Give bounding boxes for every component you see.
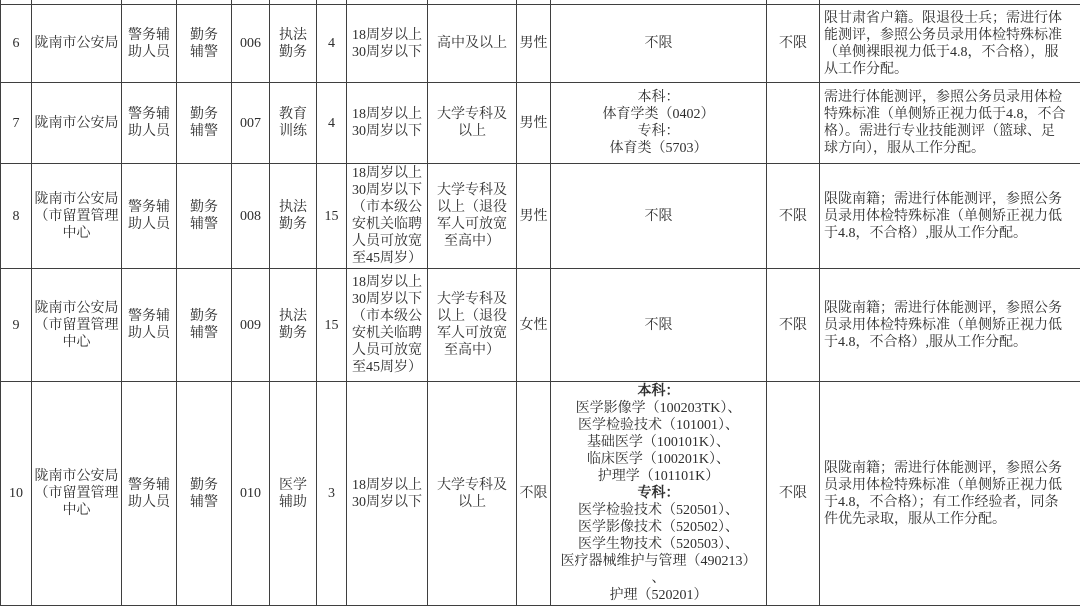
cell-education: 大学专科及 以上 — [428, 382, 517, 606]
table-row: 8陇南市公安局 （市留置管理 中心警务辅 助人员勤务 辅警008执法 勤务151… — [1, 164, 1080, 269]
table-row: 10陇南市公安局 （市留置管理 中心警务辅 助人员勤务 辅警010医学 辅助31… — [1, 382, 1080, 606]
major-line: 专科： — [553, 123, 764, 140]
cell-category: 警务辅 助人员 — [122, 5, 177, 83]
table-body: 6陇南市公安局警务辅 助人员勤务 辅警006执法 勤务418周岁以上 30周岁以… — [1, 0, 1080, 606]
cell-position: 教育 训练 — [270, 83, 317, 164]
cell-code: 010 — [232, 382, 270, 606]
cell-code: 006 — [232, 5, 270, 83]
table-row: 6陇南市公安局警务辅 助人员勤务 辅警006执法 勤务418周岁以上 30周岁以… — [1, 5, 1080, 83]
cell-gender: 女性 — [517, 269, 551, 382]
cell-org: 陇南市公安局 （市留置管理 中心 — [32, 269, 122, 382]
cell-count: 15 — [317, 164, 347, 269]
major-line: 护理学（101101K） — [553, 468, 764, 485]
major-line: 医学影像技术（520502）、 — [553, 519, 764, 536]
cell-age: 18周岁以上 30周岁以下 — [347, 83, 428, 164]
cell-major: 不限 — [551, 164, 767, 269]
cell-gender: 男性 — [517, 164, 551, 269]
cell-no: 6 — [1, 5, 32, 83]
cell-remarks: 限陇南籍；需进行体能测评，参照公务 员录用体检特殊标准（单侧矫正视力低 于4.8… — [820, 269, 1080, 382]
major-line: 医学生物技术（520503）、 — [553, 536, 764, 553]
cell-category: 警务辅 助人员 — [122, 269, 177, 382]
major-line: 医学影像学（100203TK）、 — [553, 400, 764, 417]
cell-no: 10 — [1, 382, 32, 606]
cell-major: 不限 — [551, 5, 767, 83]
major-line: 体育学类（0402） — [553, 106, 764, 123]
cell-other: 不限 — [767, 164, 820, 269]
cell-other — [767, 83, 820, 164]
cell-major: 不限 — [551, 269, 767, 382]
major-line: 本科： — [553, 383, 764, 400]
cell-count: 4 — [317, 5, 347, 83]
major-line: 临床医学（100201K）、 — [553, 451, 764, 468]
cell-position: 执法 勤务 — [270, 5, 317, 83]
cell-education: 大学专科及 以上 — [428, 83, 517, 164]
cell-remarks: 限陇南籍；需进行体能测评，参照公务 员录用体检特殊标准（单侧矫正视力低 于4.8… — [820, 164, 1080, 269]
cell-remarks: 限甘肃省户籍。限退役士兵；需进行体 能测评，参照公务员录用体检特殊标准 （单侧裸… — [820, 5, 1080, 83]
major-line: 专科： — [553, 485, 764, 502]
cell-age: 18周岁以上 30周岁以下 — [347, 382, 428, 606]
cell-type: 勤务 辅警 — [177, 269, 232, 382]
cell-position: 医学 辅助 — [270, 382, 317, 606]
cell-type: 勤务 辅警 — [177, 382, 232, 606]
cell-major: 本科：体育学类（0402）专科：体育类（5703） — [551, 83, 767, 164]
major-line: 医学检验技术（101001）、 — [553, 417, 764, 434]
cell-education: 大学专科及 以上（退役 军人可放宽 至高中） — [428, 164, 517, 269]
cell-remarks: 限陇南籍；需进行体能测评，参照公务 员录用体检特殊标准（单侧矫正视力低 于4.8… — [820, 382, 1080, 606]
cell-gender: 男性 — [517, 5, 551, 83]
page: { "table": { "rows": [ { "no": "6", "org… — [0, 0, 1080, 610]
cell-other: 不限 — [767, 382, 820, 606]
cell-age: 18周岁以上 30周岁以下 （市本级公 安机关临聘 人员可放宽 至45周岁） — [347, 164, 428, 269]
cell-org: 陇南市公安局 — [32, 83, 122, 164]
cell-type: 勤务 辅警 — [177, 83, 232, 164]
cell-age: 18周岁以上 30周岁以下 （市本级公 安机关临聘 人员可放宽 至45周岁） — [347, 269, 428, 382]
cell-major: 本科：医学影像学（100203TK）、医学检验技术（101001）、基础医学（1… — [551, 382, 767, 606]
major-line: 基础医学（100101K）、 — [553, 434, 764, 451]
recruitment-table: 6陇南市公安局警务辅 助人员勤务 辅警006执法 勤务418周岁以上 30周岁以… — [0, 0, 1080, 606]
cell-no: 8 — [1, 164, 32, 269]
major-line: 、 — [553, 570, 764, 587]
cell-position: 执法 勤务 — [270, 164, 317, 269]
cell-education: 大学专科及 以上（退役 军人可放宽 至高中） — [428, 269, 517, 382]
cell-age: 18周岁以上 30周岁以下 — [347, 5, 428, 83]
cell-code: 007 — [232, 83, 270, 164]
cell-org: 陇南市公安局 （市留置管理 中心 — [32, 164, 122, 269]
major-line: 本科： — [553, 89, 764, 106]
cell-count: 15 — [317, 269, 347, 382]
cell-no: 9 — [1, 269, 32, 382]
major-line: 护理（520201） — [553, 587, 764, 604]
table-row: 9陇南市公安局 （市留置管理 中心警务辅 助人员勤务 辅警009执法 勤务151… — [1, 269, 1080, 382]
table-row: 7陇南市公安局警务辅 助人员勤务 辅警007教育 训练418周岁以上 30周岁以… — [1, 83, 1080, 164]
cell-count: 4 — [317, 83, 347, 164]
cell-org: 陇南市公安局 — [32, 5, 122, 83]
cell-org: 陇南市公安局 （市留置管理 中心 — [32, 382, 122, 606]
cell-category: 警务辅 助人员 — [122, 164, 177, 269]
cell-code: 008 — [232, 164, 270, 269]
cell-code: 009 — [232, 269, 270, 382]
cell-category: 警务辅 助人员 — [122, 382, 177, 606]
major-line: 医学检验技术（520501）、 — [553, 502, 764, 519]
major-line: 医疗器械维护与管理（490213） — [553, 553, 764, 570]
cell-no: 7 — [1, 83, 32, 164]
cell-gender: 不限 — [517, 382, 551, 606]
cell-type: 勤务 辅警 — [177, 5, 232, 83]
cell-other: 不限 — [767, 269, 820, 382]
cell-other: 不限 — [767, 5, 820, 83]
cell-position: 执法 勤务 — [270, 269, 317, 382]
cell-type: 勤务 辅警 — [177, 164, 232, 269]
major-line: 体育类（5703） — [553, 140, 764, 157]
cell-gender: 男性 — [517, 83, 551, 164]
cell-category: 警务辅 助人员 — [122, 83, 177, 164]
cell-count: 3 — [317, 382, 347, 606]
cell-education: 高中及以上 — [428, 5, 517, 83]
cell-remarks: 需进行体能测评，参照公务员录用体检 特殊标准（单侧矫正视力低于4.8，不合 格）… — [820, 83, 1080, 164]
